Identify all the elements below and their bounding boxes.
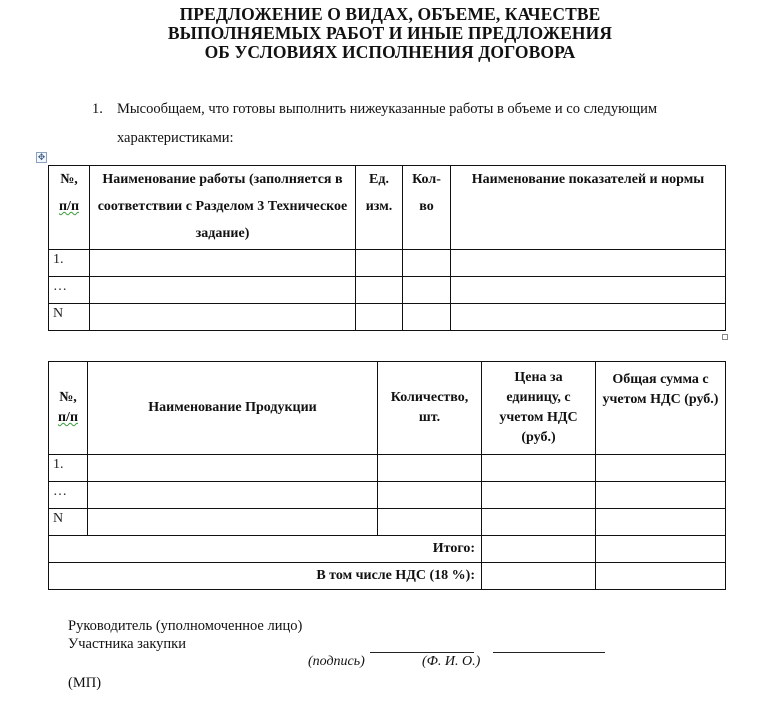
vat-price-cell[interactable] xyxy=(482,563,596,590)
vat-label: В том числе НДС (18 %): xyxy=(49,563,482,590)
vat-sum-cell[interactable] xyxy=(596,563,726,590)
intro-paragraph: 1.Мысообщаем, что готовы выполнить нижеу… xyxy=(92,95,657,153)
cell-qty[interactable] xyxy=(403,304,451,331)
paragraph-line-1: Мысообщаем, что готовы выполнить нижеука… xyxy=(117,101,657,117)
cell-product-name[interactable] xyxy=(88,509,378,536)
cell-num[interactable]: N xyxy=(49,509,88,536)
stamp-label: (МП) xyxy=(68,675,101,692)
total-row: Итого: xyxy=(49,536,726,563)
header-product-name: Наименование Продукции xyxy=(88,362,378,455)
header-unit: Ед. изм. xyxy=(356,166,403,250)
cell-work-name[interactable] xyxy=(90,250,356,277)
header-total-sum: Общая сумма с учетом НДС (руб.) xyxy=(596,362,726,455)
cell-unit[interactable] xyxy=(356,250,403,277)
table-row: 1. xyxy=(49,455,726,482)
cell-total-sum[interactable] xyxy=(596,482,726,509)
cell-unit[interactable] xyxy=(356,304,403,331)
cell-total-sum[interactable] xyxy=(596,509,726,536)
cell-unit[interactable] xyxy=(356,277,403,304)
table-row: N xyxy=(49,304,726,331)
cell-quantity[interactable] xyxy=(378,482,482,509)
full-name-line[interactable] xyxy=(493,652,605,653)
signatory-line-1: Руководитель (уполномоченное лицо) xyxy=(68,618,302,635)
title-line-1: ПРЕДЛОЖЕНИЕ О ВИДАХ, ОБЪЕМЕ, КАЧЕСТВЕ xyxy=(0,5,780,24)
products-table: №,п/п Наименование Продукции Количество,… xyxy=(48,361,726,590)
cell-num[interactable]: 1. xyxy=(49,455,88,482)
total-sum-cell[interactable] xyxy=(596,536,726,563)
works-table-header: №,п/п Наименование работы (заполняется в… xyxy=(49,166,726,250)
document-title: ПРЕДЛОЖЕНИЕ О ВИДАХ, ОБЪЕМЕ, КАЧЕСТВЕ ВЫ… xyxy=(0,5,780,62)
header-indicators: Наименование показателей и нормы xyxy=(451,166,726,250)
cell-indicators[interactable] xyxy=(451,277,726,304)
signature-line[interactable] xyxy=(370,652,474,653)
title-line-2: ВЫПОЛНЯЕМЫХ РАБОТ И ИНЫЕ ПРЕДЛОЖЕНИЯ xyxy=(0,24,780,43)
table-row: … xyxy=(49,482,726,509)
header-qty: Кол-во xyxy=(403,166,451,250)
header-num: №,п/п xyxy=(49,166,90,250)
cell-work-name[interactable] xyxy=(90,277,356,304)
products-table-header: №,п/п Наименование Продукции Количество,… xyxy=(49,362,726,455)
total-price-cell[interactable] xyxy=(482,536,596,563)
cell-num[interactable]: … xyxy=(49,482,88,509)
table-row: … xyxy=(49,277,726,304)
signature-caption: (подпись) xyxy=(308,654,365,670)
signatory-line-2: Участника закупки xyxy=(68,636,186,653)
cell-unit-price[interactable] xyxy=(482,455,596,482)
cell-unit-price[interactable] xyxy=(482,509,596,536)
table-row: N xyxy=(49,509,726,536)
full-name-caption: (Ф. И. О.) xyxy=(422,654,480,670)
cell-qty[interactable] xyxy=(403,277,451,304)
works-table: №,п/п Наименование работы (заполняется в… xyxy=(48,165,726,331)
cell-work-name[interactable] xyxy=(90,304,356,331)
header-work-name: Наименование работы (заполняется в соотв… xyxy=(90,166,356,250)
table-move-handle-icon[interactable]: ✥ xyxy=(36,152,47,163)
cell-num[interactable]: N xyxy=(49,304,90,331)
cell-num[interactable]: 1. xyxy=(49,250,90,277)
cell-unit-price[interactable] xyxy=(482,482,596,509)
title-line-3: ОБ УСЛОВИЯХ ИСПОЛНЕНИЯ ДОГОВОРА xyxy=(0,43,780,62)
vat-row: В том числе НДС (18 %): xyxy=(49,563,726,590)
header-quantity: Количество, шт. xyxy=(378,362,482,455)
cell-product-name[interactable] xyxy=(88,455,378,482)
list-number: 1. xyxy=(92,95,117,124)
cell-indicators[interactable] xyxy=(451,250,726,277)
table-row: 1. xyxy=(49,250,726,277)
cell-num[interactable]: … xyxy=(49,277,90,304)
header-num: №,п/п xyxy=(49,362,88,455)
paragraph-line-2: характеристиками: xyxy=(92,124,657,153)
cell-product-name[interactable] xyxy=(88,482,378,509)
table-resize-handle[interactable] xyxy=(722,334,728,340)
cell-qty[interactable] xyxy=(403,250,451,277)
cell-quantity[interactable] xyxy=(378,455,482,482)
cell-indicators[interactable] xyxy=(451,304,726,331)
total-label: Итого: xyxy=(49,536,482,563)
cell-total-sum[interactable] xyxy=(596,455,726,482)
cell-quantity[interactable] xyxy=(378,509,482,536)
header-unit-price: Цена за единицу, с учетом НДС (руб.) xyxy=(482,362,596,455)
